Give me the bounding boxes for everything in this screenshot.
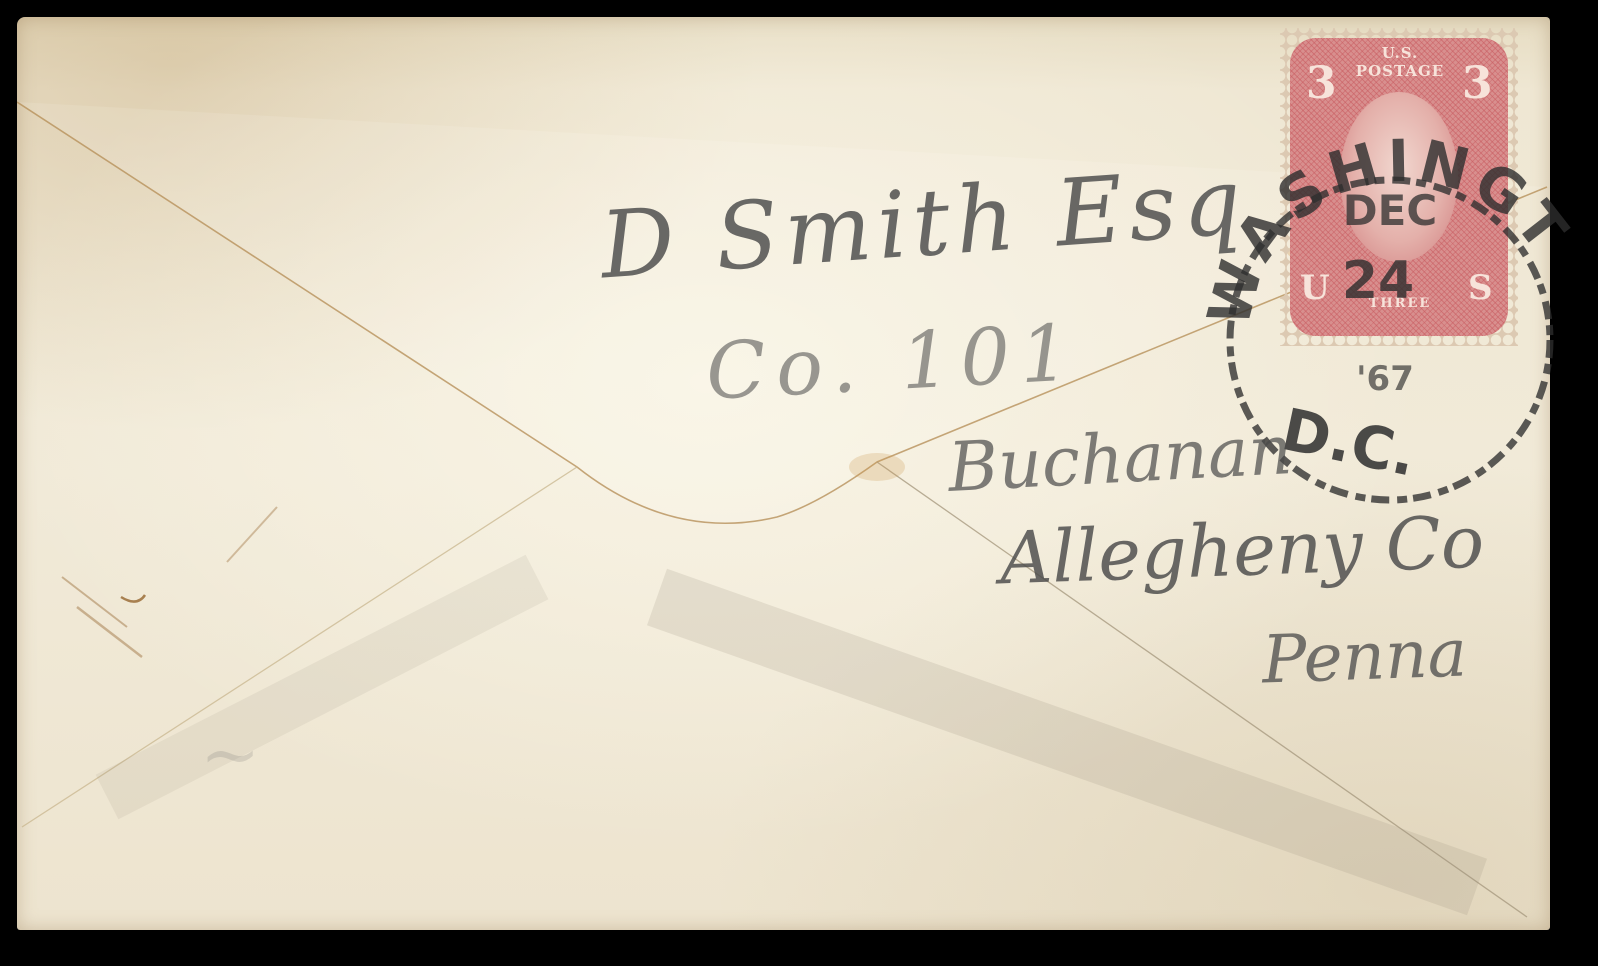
stamp-denomination-top-right: 3 xyxy=(1462,58,1493,109)
stamp-portrait xyxy=(1340,92,1458,262)
address-line-county: Allegheny Co xyxy=(999,500,1486,601)
stamp-bottom-text: THREE xyxy=(1350,296,1450,311)
stamp-denomination-top-left: 3 xyxy=(1306,58,1337,109)
address-line-state: Penna xyxy=(1261,614,1468,698)
stamp-top-text: U.S. POSTAGE xyxy=(1355,44,1445,80)
stamp-corner-bottom-left: U xyxy=(1300,268,1330,308)
stamp-corner-bottom-right: S xyxy=(1468,268,1493,308)
faint-pencil-note: ~ xyxy=(200,712,260,796)
